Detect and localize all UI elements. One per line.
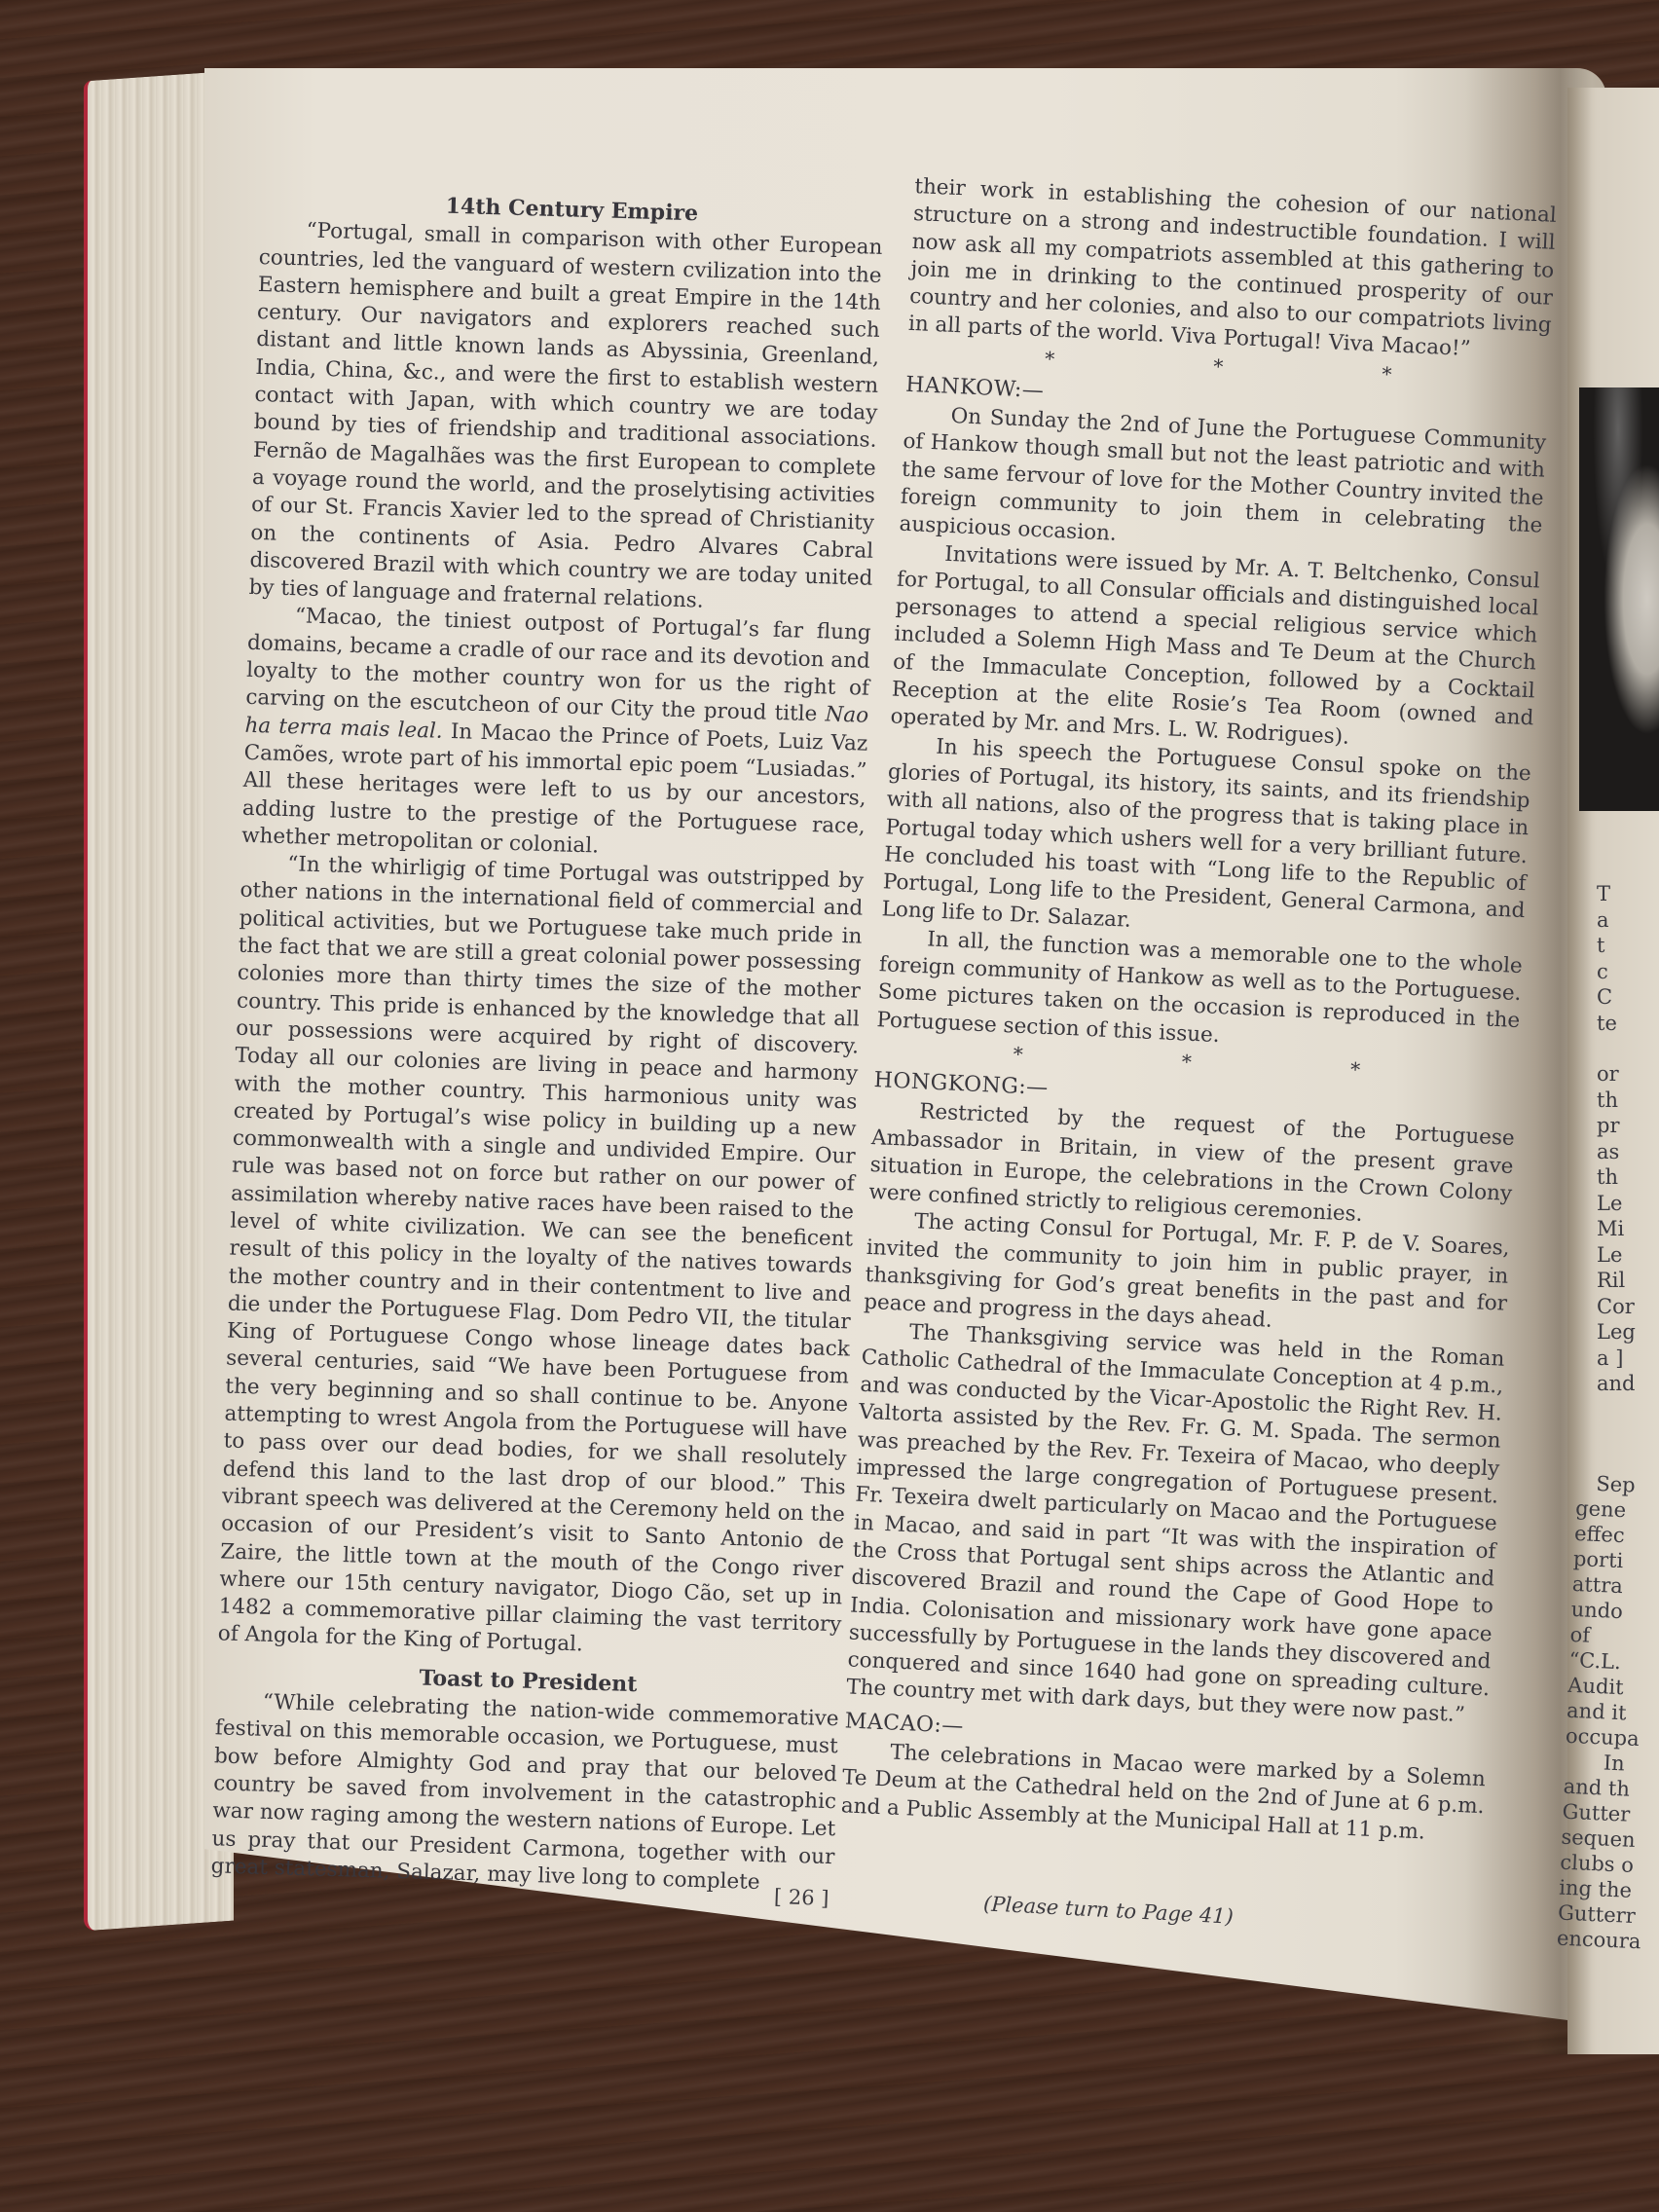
paragraph: “Macao, the tiniest outpost of Portugal’… — [241, 602, 871, 868]
column-2: their work in establishing the cohesion … — [840, 173, 1557, 1849]
page-number: [ 26 ] — [774, 1885, 829, 1910]
photo-fragment — [1579, 387, 1659, 811]
paragraph: The Thanksgiving service was held in the… — [846, 1316, 1505, 1731]
paragraph: In his speech the Portuguese Consul spok… — [881, 731, 1531, 953]
adjacent-page-text: T a t c C te or th pr as th Le Mi Le Ril… — [1597, 881, 1659, 1397]
paragraph: “While celebrating the nation-wide comme… — [210, 1687, 839, 1899]
paragraph: “Portugal, small in comparison with othe… — [248, 216, 882, 620]
paragraph: Invitations were issued by Mr. A. T. Bel… — [890, 538, 1540, 760]
book-photo: 14th Century Empire “Portugal, small in … — [0, 0, 1659, 2212]
paragraph: “In the whirligig of time Portugal was o… — [217, 850, 864, 1667]
paragraph: their work in establishing the cohesion … — [907, 173, 1557, 368]
column-1: 14th Century Empire “Portugal, small in … — [210, 185, 883, 1899]
